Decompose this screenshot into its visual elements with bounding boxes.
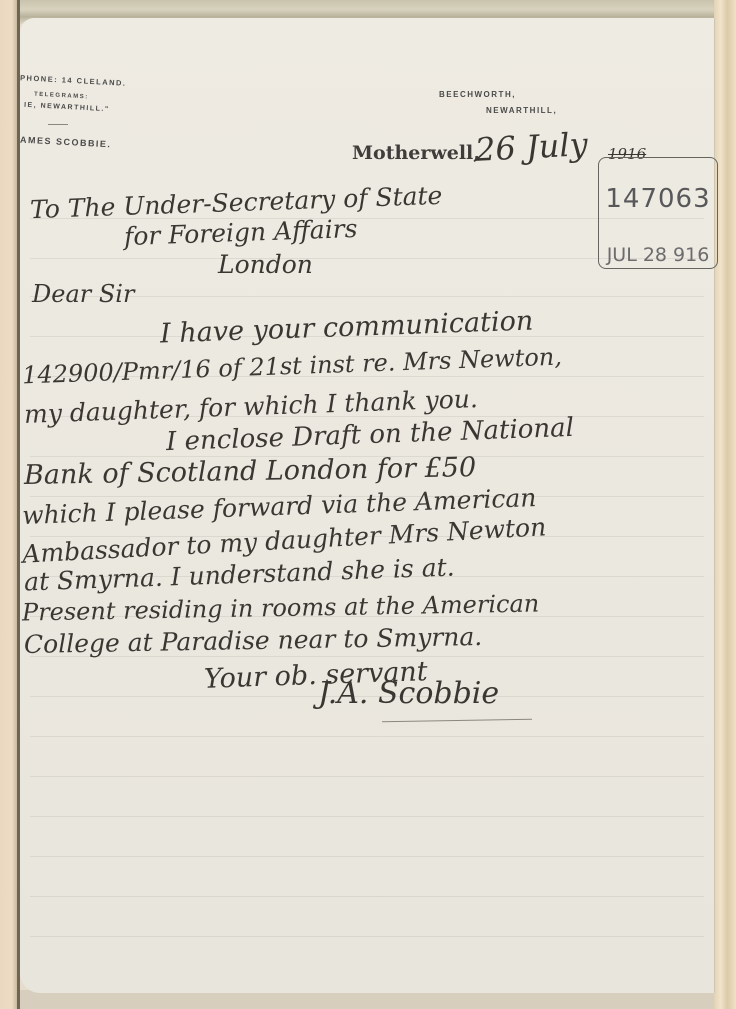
- salutation: Dear Sir: [32, 280, 134, 308]
- stamp-number: 147063: [599, 184, 717, 214]
- stamp-date: JUL 28 916: [599, 244, 717, 266]
- right-page-stack: [714, 0, 736, 1009]
- letterhead-divider: [48, 124, 68, 125]
- signature: J.A. Scobbie: [318, 676, 499, 711]
- letterhead-address-line1: BEECHWORTH,: [439, 90, 516, 99]
- recipient-line-3: London: [218, 250, 313, 279]
- left-binding-edge: [0, 0, 17, 1009]
- registry-stamp: 147063 JUL 28 916: [598, 157, 718, 269]
- dateline-place: Motherwell,: [352, 142, 480, 164]
- dateline-date: 26 July: [474, 125, 588, 169]
- letterhead-address-line2: NEWARTHILL,: [486, 106, 557, 115]
